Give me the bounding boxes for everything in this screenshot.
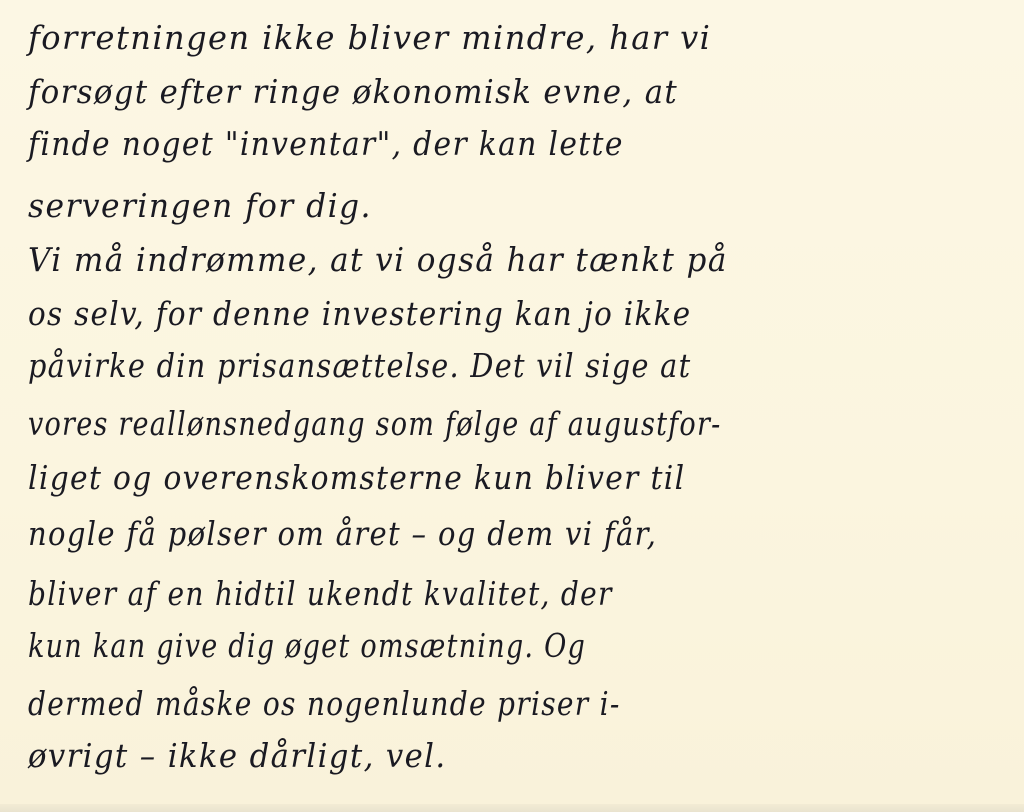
letter-line-6: os selv, for denne investering kan jo ik… — [28, 294, 692, 333]
letter-line-11: bliver af en hidtil ukendt kvalitet, der — [28, 574, 613, 613]
letter-line-10: nogle få pølser om året – og dem vi får, — [28, 514, 657, 553]
letter-line-1: forretningen ikke bliver mindre, har vi — [28, 18, 711, 57]
paper-bottom-edge — [0, 804, 1024, 812]
letter-line-5: Vi må indrømme, at vi også har tænkt på — [28, 240, 728, 279]
letter-line-3: finde noget "inventar", der kan lette — [28, 124, 624, 163]
letter-line-12: kun kan give dig øget omsætning. Og — [28, 626, 586, 665]
letter-line-2: forsøgt efter ringe økonomisk evne, at — [28, 72, 678, 111]
letter-line-13: dermed måske os nogenlunde priser i- — [28, 684, 621, 723]
letter-line-7: påvirke din prisansættelse. Det vil sige… — [28, 346, 691, 385]
letter-line-8: vores reallønsnedgang som følge af augus… — [28, 404, 721, 443]
letter-line-4: serveringen for dig. — [28, 186, 372, 225]
letter-line-9: liget og overenskomsterne kun bliver til — [28, 458, 685, 497]
handwritten-letter-page: forretningen ikke bliver mindre, har vi … — [0, 0, 1024, 812]
letter-line-14: øvrigt – ikke dårligt, vel. — [28, 736, 447, 775]
